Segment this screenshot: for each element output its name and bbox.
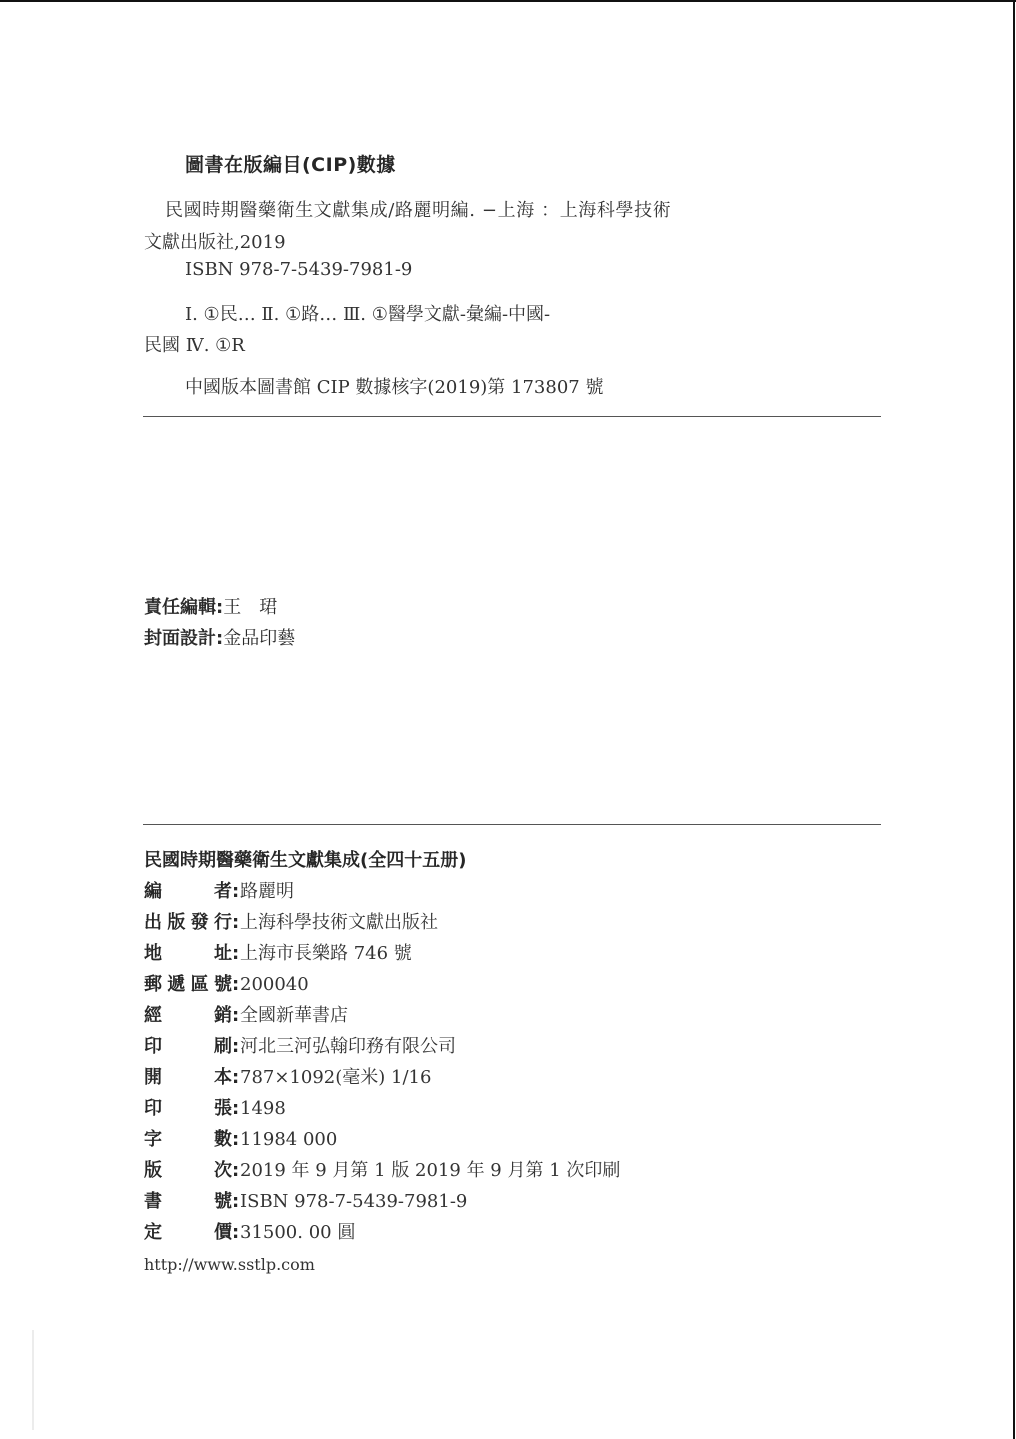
imprint-label: 地址 — [144, 939, 232, 965]
imprint-colon: : — [232, 1067, 240, 1088]
imprint-label-char: 版 — [144, 1156, 162, 1182]
credit-label: 封面設計 — [144, 628, 216, 649]
imprint-label: 印刷 — [144, 1032, 232, 1058]
imprint-label-char: 印 — [144, 1032, 162, 1058]
imprint-label-char: 遞 — [167, 970, 185, 996]
imprint-row: 經銷:全國新華書店 — [144, 1001, 348, 1027]
cip-line-subjects: Ⅰ. ①民… Ⅱ. ①路… Ⅲ. ①醫學文獻-彙編-中國- — [185, 300, 550, 326]
imprint-row: 印張:1498 — [144, 1094, 286, 1120]
imprint-label: 書號 — [144, 1187, 232, 1213]
imprint-value: 全國新華書店 — [240, 1001, 348, 1027]
imprint-row: 開本:787×1092(毫米) 1/16 — [144, 1063, 431, 1089]
imprint-colon: : — [232, 912, 240, 933]
imprint-row: 出版發行:上海科學技術文獻出版社 — [144, 908, 438, 934]
divider-imprint — [143, 824, 881, 825]
imprint-value: 路麗明 — [240, 877, 294, 903]
imprint-label-char: 刷 — [214, 1032, 232, 1058]
cip-line-isbn: ISBN 978-7-5439-7981-9 — [185, 259, 412, 280]
imprint-label: 出版發行 — [144, 908, 232, 934]
credit-cover-design: 封面設計:金品印藝 — [144, 624, 295, 650]
imprint-label-char: 印 — [144, 1094, 162, 1120]
imprint-value: ISBN 978-7-5439-7981-9 — [240, 1191, 467, 1212]
imprint-value: 787×1092(毫米) 1/16 — [240, 1063, 431, 1089]
imprint-value: 2019 年 9 月第 1 版 2019 年 9 月第 1 次印刷 — [240, 1156, 620, 1182]
page-border-right — [1013, 0, 1015, 1439]
imprint-row: 版次:2019 年 9 月第 1 版 2019 年 9 月第 1 次印刷 — [144, 1156, 620, 1182]
cip-line-title-author: 民國時期醫藥衛生文獻集成/路麗明編. −上海 ：上海科學技術 — [165, 196, 671, 222]
imprint-value: 河北三河弘翰印務有限公司 — [240, 1032, 456, 1058]
credit-value: 王 珺 — [223, 597, 277, 618]
imprint-row: 書號:ISBN 978-7-5439-7981-9 — [144, 1187, 467, 1213]
imprint-label-char: 書 — [144, 1187, 162, 1213]
imprint-label-char: 地 — [144, 939, 162, 965]
imprint-colon: : — [232, 1160, 240, 1181]
imprint-label: 定價 — [144, 1218, 232, 1244]
cip-line-publisher: 文獻出版社,2019 — [144, 228, 286, 254]
imprint-colon: : — [232, 1222, 240, 1243]
imprint-label-char: 行 — [214, 908, 232, 934]
scan-shadow — [32, 1330, 34, 1430]
imprint-row: 印刷:河北三河弘翰印務有限公司 — [144, 1032, 456, 1058]
imprint-label-char: 開 — [144, 1063, 162, 1089]
imprint-label: 印張 — [144, 1094, 232, 1120]
imprint-colon: : — [232, 1129, 240, 1150]
imprint-value: 上海市長樂路 746 號 — [240, 939, 412, 965]
imprint-title: 民國時期醫藥衛生文獻集成(全四十五册) — [144, 846, 466, 872]
imprint-label: 郵遞區號 — [144, 970, 232, 996]
imprint-colon: : — [232, 1098, 240, 1119]
imprint-label-char: 銷 — [214, 1001, 232, 1027]
credit-responsible-editor: 責任編輯:王 珺 — [144, 593, 277, 619]
credit-label: 責任編輯 — [144, 597, 216, 618]
cip-line-verification: 中國版本圖書館 CIP 數據核字(2019)第 173807 號 — [185, 373, 603, 399]
imprint-label-char: 價 — [214, 1218, 232, 1244]
imprint-label-char: 本 — [214, 1063, 232, 1089]
imprint-colon: : — [232, 943, 240, 964]
credit-value: 金品印藝 — [223, 628, 295, 649]
imprint-colon: : — [232, 974, 240, 995]
imprint-colon: : — [232, 1191, 240, 1212]
imprint-label-char: 次 — [214, 1156, 232, 1182]
imprint-label-char: 編 — [144, 877, 162, 903]
imprint-colon: : — [232, 881, 240, 902]
imprint-row: 郵遞區號:200040 — [144, 970, 309, 996]
imprint-row: 定價:31500. 00 圓 — [144, 1218, 355, 1244]
page-border-top — [0, 0, 1016, 2]
imprint-label: 開本 — [144, 1063, 232, 1089]
imprint-label-char: 張 — [214, 1094, 232, 1120]
imprint-colon: : — [232, 1036, 240, 1057]
imprint-colon: : — [232, 1005, 240, 1026]
imprint-label-char: 數 — [214, 1125, 232, 1151]
imprint-label: 字數 — [144, 1125, 232, 1151]
imprint-label: 經銷 — [144, 1001, 232, 1027]
imprint-row: 編者:路麗明 — [144, 877, 294, 903]
imprint-label-char: 定 — [144, 1218, 162, 1244]
imprint-label-char: 經 — [144, 1001, 162, 1027]
imprint-label-char: 者 — [214, 877, 232, 903]
imprint-label-char: 區 — [191, 970, 209, 996]
imprint-label-char: 出 — [144, 908, 162, 934]
publisher-url[interactable]: http://www.sstlp.com — [144, 1255, 315, 1274]
imprint-label: 編者 — [144, 877, 232, 903]
imprint-label-char: 址 — [214, 939, 232, 965]
imprint-value: 200040 — [240, 974, 309, 995]
imprint-row: 地址:上海市長樂路 746 號 — [144, 939, 412, 965]
imprint-label-char: 號 — [214, 970, 232, 996]
imprint-label-char: 號 — [214, 1187, 232, 1213]
imprint-label-char: 字 — [144, 1125, 162, 1151]
divider-cip — [143, 416, 881, 417]
imprint-label-char: 版 — [167, 908, 185, 934]
imprint-value: 11984 000 — [240, 1129, 337, 1150]
cip-line-subjects-cont: 民國 Ⅳ. ①R — [144, 331, 245, 357]
imprint-label-char: 郵 — [144, 970, 162, 996]
imprint-label-char: 發 — [191, 908, 209, 934]
cip-title: 圖書在版編目(CIP)數據 — [185, 150, 396, 177]
imprint-label: 版次 — [144, 1156, 232, 1182]
imprint-value: 上海科學技術文獻出版社 — [240, 908, 438, 934]
imprint-value: 1498 — [240, 1098, 286, 1119]
imprint-row: 字數:11984 000 — [144, 1125, 337, 1151]
imprint-value: 31500. 00 圓 — [240, 1218, 355, 1244]
